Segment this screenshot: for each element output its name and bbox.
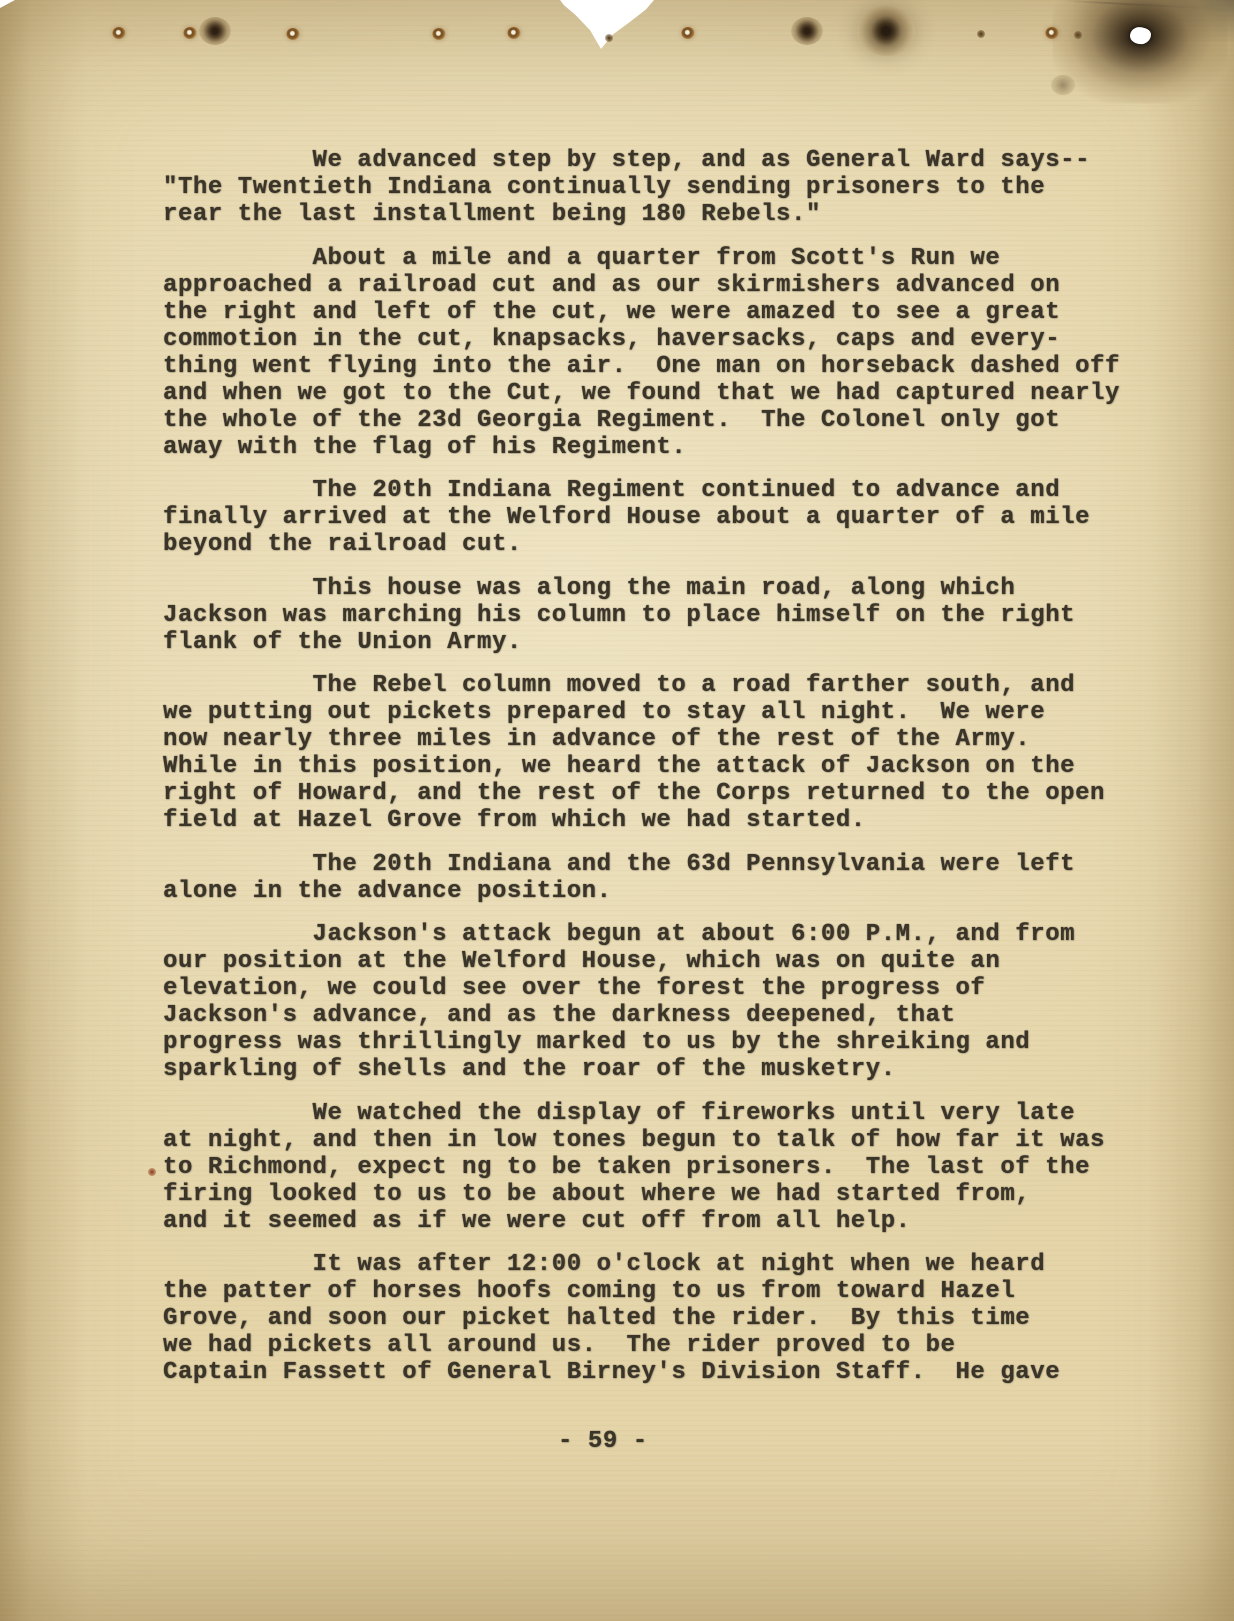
typed-text: We advanced step by step, and as General… — [163, 147, 1153, 1403]
paragraph: It was after 12:00 o'clock at night when… — [163, 1251, 1153, 1386]
pin-hole — [184, 27, 197, 39]
paragraph: The 20th Indiana and the 63d Pennsylvani… — [163, 851, 1153, 905]
paragraph: The Rebel column moved to a road farther… — [163, 672, 1153, 834]
paragraph: This house was along the main road, alon… — [163, 575, 1153, 656]
paragraph: Jackson's attack begun at about 6:00 P.M… — [163, 921, 1153, 1083]
paragraph: We advanced step by step, and as General… — [163, 147, 1153, 228]
page-number: - 59 - — [558, 1428, 648, 1455]
burn-spot-large — [857, 6, 915, 56]
pin-hole — [508, 27, 521, 39]
paragraph: We watched the display of fireworks unti… — [163, 1100, 1153, 1235]
paragraph: The 20th Indiana Regiment continued to a… — [163, 477, 1153, 558]
ink-dot — [977, 30, 985, 38]
document-page: We advanced step by step, and as General… — [0, 0, 1234, 1621]
smudge — [1051, 75, 1075, 95]
burn-spot — [791, 17, 823, 45]
torn-corner-nick — [0, 0, 15, 8]
ink-dot-red — [148, 1168, 156, 1176]
pin-hole — [682, 27, 695, 39]
pin-hole — [287, 28, 300, 40]
pin-hole — [433, 28, 446, 40]
burn-spot — [199, 17, 231, 45]
torn-notch — [556, 0, 656, 52]
pin-hole — [113, 27, 126, 39]
pin-hole — [1046, 27, 1059, 39]
paragraph: About a mile and a quarter from Scott's … — [163, 245, 1153, 461]
